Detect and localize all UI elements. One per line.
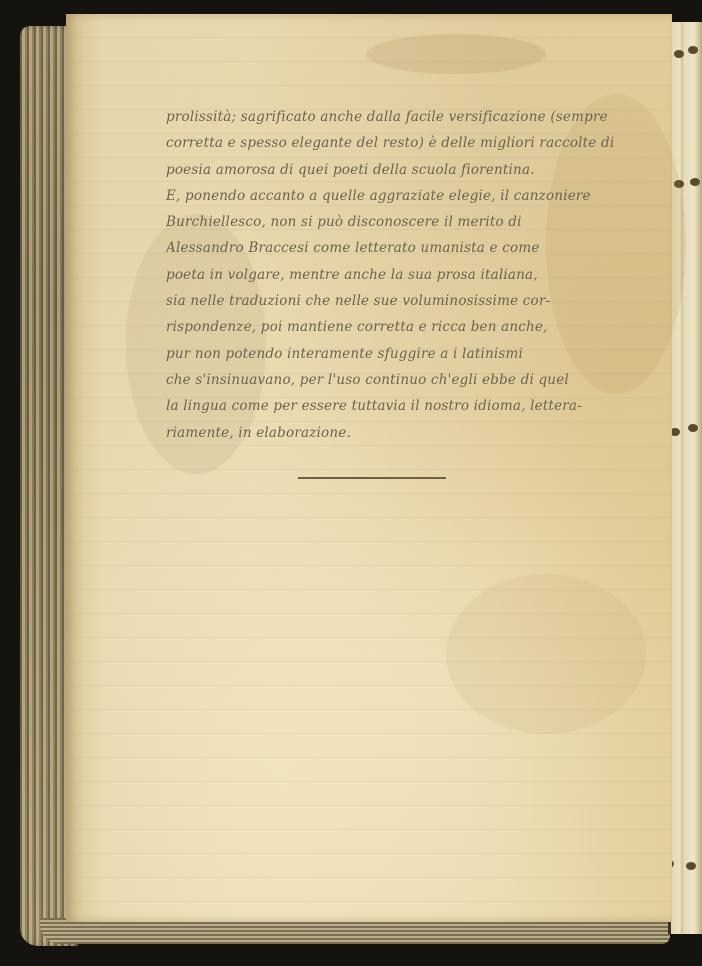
- binding-stitch: [674, 50, 684, 58]
- manuscript-text: prolissità; sagrificato anche dalla faci…: [166, 104, 636, 446]
- text-line: Burchiellesco, non si può disconoscere i…: [166, 209, 636, 235]
- binding-stitch: [688, 424, 698, 432]
- text-line: corretta e spesso elegante del resto) è …: [166, 130, 636, 156]
- paper-stain: [366, 34, 546, 74]
- binding-stitch: [686, 862, 696, 870]
- section-divider: [298, 477, 446, 479]
- text-line: la lingua come per essere tuttavia il no…: [166, 393, 636, 419]
- paper-stain: [446, 574, 646, 734]
- text-line: E, ponendo accanto a quelle aggraziate e…: [166, 183, 636, 209]
- text-line: pur non potendo interamente sfuggire a i…: [166, 341, 636, 367]
- binding-stitch: [688, 46, 698, 54]
- text-line: poeta in volgare, mentre anche la sua pr…: [166, 262, 636, 288]
- text-line: che s'insinuavano, per l'uso continuo ch…: [166, 367, 636, 393]
- text-line: sia nelle traduzioni che nelle sue volum…: [166, 288, 636, 314]
- text-line: prolissità; sagrificato anche dalla faci…: [166, 104, 636, 130]
- text-line: Alessandro Braccesi come letterato umani…: [166, 235, 636, 261]
- binding-stitch: [690, 178, 700, 186]
- text-line: rispondenze, poi mantiene corretta e ric…: [166, 314, 636, 340]
- text-line: riamente, in elaborazione.: [166, 420, 636, 446]
- manuscript-scan: prolissità; sagrificato anche dalla faci…: [0, 0, 702, 966]
- text-line: poesia amorosa di quei poeti della scuol…: [166, 157, 636, 183]
- binding-spine: [668, 22, 702, 934]
- binding-stitch: [674, 180, 684, 188]
